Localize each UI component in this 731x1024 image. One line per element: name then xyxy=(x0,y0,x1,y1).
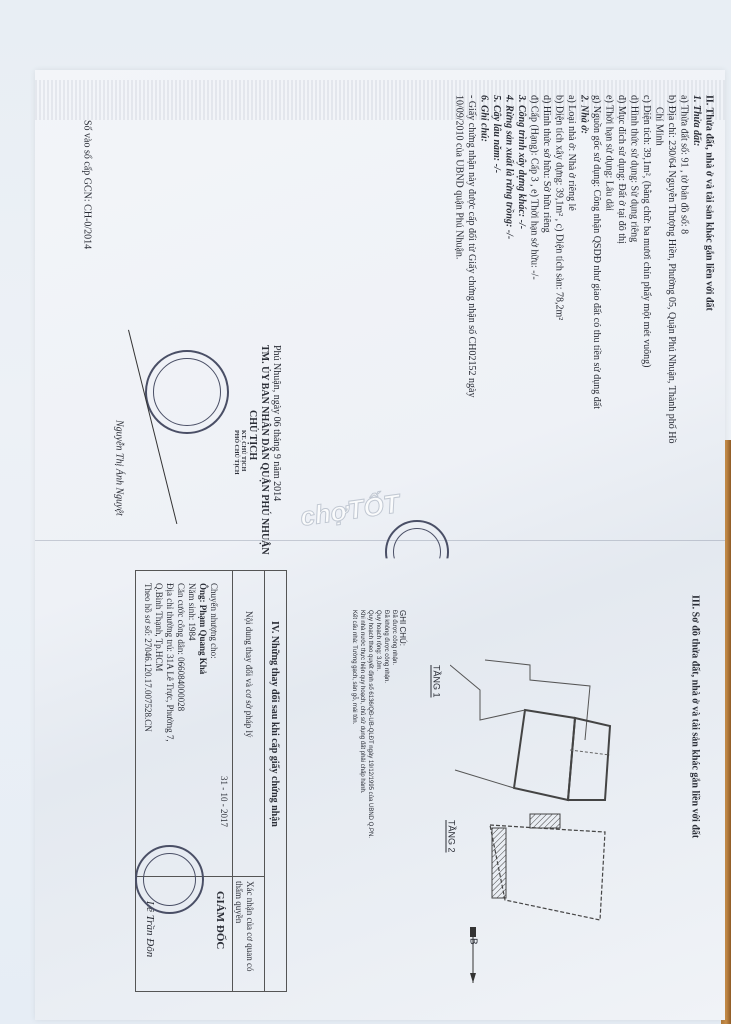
floor-1-plan xyxy=(450,620,640,810)
north-arrow xyxy=(458,925,488,985)
entry-date: 31 - 10 - 2017 xyxy=(218,776,229,827)
book-entry-number: Số vào sổ cấp GCN: CH-0/2014 xyxy=(80,120,93,249)
parcel-number: a) Thửa đất số: 91 , tờ bản đồ số: 8 xyxy=(677,95,690,535)
entry-line: Ông: Phạm Quang Khả xyxy=(197,583,208,742)
section-2-land-and-house: II. Thửa đất, nhà ở và tài sản khác gắn … xyxy=(452,95,715,535)
north-label: B xyxy=(466,938,479,945)
floor-2-label: TẦNG 2 xyxy=(445,820,458,853)
legend-item: Quy hoạch rộng: 3,0m. xyxy=(374,610,382,838)
address-continued: Chí Minh xyxy=(652,95,665,535)
issuer-role-small-1: KT. CHỦ TỊCH xyxy=(239,345,246,585)
legend-heading: GHI CHÚ: xyxy=(398,610,406,838)
build-area: b) Diện tích xây dựng: 39,1m² , c) Diện … xyxy=(552,95,565,535)
issuer-block: Phú Nhuận, ngày 06 tháng 9 năm 2014 TM. … xyxy=(232,345,282,585)
issuer-signer-name: Nguyễn Thị Ánh Nguyệt xyxy=(112,420,125,516)
note-line-2: 10/09/2010 của UBND quận Phú Nhuận. xyxy=(452,95,465,535)
section-4-title-cell: IV. Những thay đổi sau khi cấp giấy chứn… xyxy=(264,571,287,991)
change-entry: Chuyển nhượng cho: Ông: Phạm Quang Khả N… xyxy=(136,571,232,991)
entry-line: Chuyển nhượng cho: xyxy=(208,583,219,742)
change-entry-lines: Chuyển nhượng cho: Ông: Phạm Quang Khả N… xyxy=(142,583,219,742)
usage-purpose: đ) Mục đích sử dụng: Đất ở tại đô thị xyxy=(615,95,628,535)
perennial-trees: 5. Cây lâu năm: -/- xyxy=(490,95,503,535)
confirmation-stamp xyxy=(135,845,204,914)
house-type: a) Loại nhà ở: Nhà ở riêng lẻ xyxy=(565,95,578,535)
land-heading: 1. Thửa đất: xyxy=(690,95,703,535)
entry-line: Địa chỉ thường trú: 31A Lê Trực, Phường … xyxy=(164,583,175,742)
ownership-form: d) Hình thức sở hữu: Sở hữu riêng xyxy=(540,95,553,535)
note-line-1: - Giấy chứng nhận này được cấp đổi từ Gi… xyxy=(465,95,478,535)
issuer-role: CHỦ TỊCH xyxy=(246,345,258,585)
entry-line: Q.Bình Thạnh, Tp.HCM xyxy=(153,583,164,742)
issue-place-date: Phú Nhuận, ngày 06 tháng 9 năm 2014 xyxy=(270,345,282,585)
issuer-role-small-2: PHÓ CHỦ TỊCH xyxy=(232,345,239,585)
address: b) Địa chỉ: 230/64 Nguyễn Thượng Hiền, P… xyxy=(665,95,678,535)
section-4-title: IV. Những thay đổi sau khi cấp giấy chứn… xyxy=(269,621,280,827)
floor-2-plan xyxy=(470,800,610,930)
legend-item: Quy hoạch theo quyết định số 6136/QĐ-UB-… xyxy=(366,610,374,838)
issuer-organization: TM. ỦY BAN NHÂN DÂN QUẬN PHÚ NHUẬN xyxy=(258,345,270,585)
confirm-role: GIÁM ĐỐC xyxy=(214,891,225,949)
entry-line: Căn cước công dân: 066084000028 xyxy=(175,583,186,742)
diagram-legend: GHI CHÚ: Đã được công nhận. Đã không đượ… xyxy=(350,610,406,838)
usage-term: e) Thời hạn sử dụng: Lâu dài xyxy=(602,95,615,535)
column-confirm-header: Xác nhận của cơ quan có thẩm quyền xyxy=(233,881,255,981)
usage-form: d) Hình thức sử dụng: Sử dụng riêng xyxy=(627,95,640,535)
entry-line: Theo hồ sơ số: 27046.120.17.007528.CN xyxy=(142,583,153,742)
section-4-header-row: Nội dung thay đổi và cơ sở pháp lý Xác n… xyxy=(232,571,265,991)
page-fold xyxy=(35,540,725,541)
usage-origin: g) Nguồn gốc sử dụng: Công nhận QSDĐ như… xyxy=(590,95,603,535)
entry-line: Năm sinh: 1984 xyxy=(186,583,197,742)
column-content-header: Nội dung thay đổi và cơ sở pháp lý xyxy=(243,611,254,738)
production-forest: 4. Rừng sản xuất là rừng trồng: -/- xyxy=(502,95,515,535)
legend-item: Đã không được công nhận. xyxy=(382,610,390,838)
house-grade: đ) Cấp (Hạng): Cấp 3 , e) Thời hạn sở hữ… xyxy=(527,95,540,535)
legend-item: Kết cấu nhà: Tường gạch, sàn gỗ, mái tôn… xyxy=(350,610,358,838)
section-4-changes-table: IV. Những thay đổi sau khi cấp giấy chứn… xyxy=(135,570,287,992)
issuer-stamp xyxy=(145,350,229,434)
legend-item: Đã được công nhận. xyxy=(390,610,398,838)
notes-heading: 6. Ghi chú: xyxy=(477,95,490,535)
other-works: 3. Công trình xây dựng khác: -/- xyxy=(515,95,528,535)
house-heading: 2. Nhà ở: xyxy=(577,95,590,535)
section-3-title: III. Sơ đồ thửa đất, nhà ở và tài sản kh… xyxy=(688,595,701,838)
floor-1-label: TẦNG 1 xyxy=(430,665,443,698)
section-2-title: II. Thửa đất, nhà ở và tài sản khác gắn … xyxy=(702,95,715,535)
land-area: c) Diện tích: 39,1m², (bằng chữ: ba mươi… xyxy=(640,95,653,535)
legend-item: Khi nhà nước thực hiện quy hoạch, chủ sử… xyxy=(358,610,366,838)
